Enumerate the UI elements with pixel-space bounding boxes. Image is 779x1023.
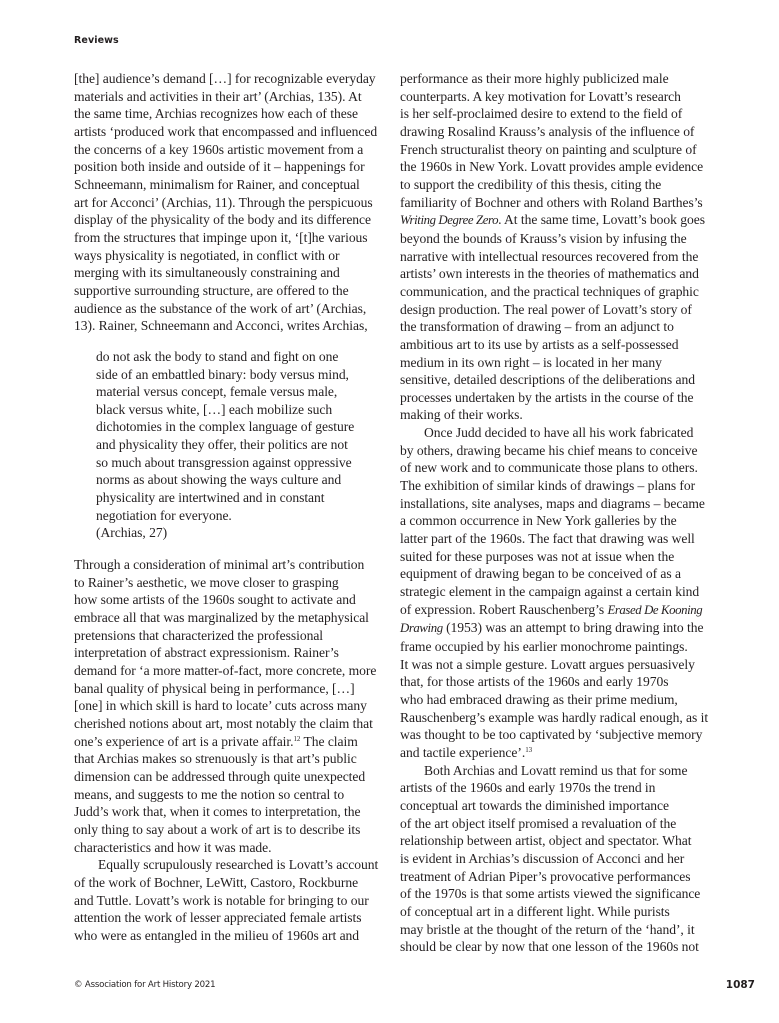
text-line: the transformation of drawing – from an …	[400, 318, 706, 336]
text-line: by others, drawing became his chief mean…	[400, 442, 706, 460]
text-line: and Tuttle. Lovatt’s work is notable for…	[74, 892, 374, 910]
text-line: communication, and the practical techniq…	[400, 283, 706, 301]
text-line: beyond the bounds of Krauss’s vision by …	[400, 230, 706, 248]
text-line: strategic element in the campaign agains…	[400, 583, 706, 601]
text-line: interpretation of abstract expressionism…	[74, 644, 374, 662]
paragraph: Equally scrupulously researched is Lovat…	[74, 856, 374, 944]
page-number: 1087	[726, 979, 755, 991]
text-span: . At the same time, Lovatt’s book goes	[498, 212, 705, 227]
text-line: Rauschenberg’s example was hardly radica…	[400, 709, 706, 727]
quote-line: and physicality they offer, their politi…	[96, 436, 374, 454]
text-line: of the art object itself promised a reva…	[400, 815, 706, 833]
text-line: may bristle at the thought of the return…	[400, 921, 706, 939]
text-line: that Archias makes so strenuously is tha…	[74, 750, 374, 768]
paragraph: Through a consideration of minimal art’s…	[74, 556, 374, 856]
paragraph: Once Judd decided to have all his work f…	[400, 424, 706, 761]
text-span: (1953) was an attempt to bring drawing i…	[443, 620, 704, 635]
text-line: of the 1970s is that some artists viewed…	[400, 885, 706, 903]
text-line: narrative with intellectual resources re…	[400, 248, 706, 266]
text-line: suited for these purposes was not at iss…	[400, 548, 706, 566]
copyright-notice: © Association for Art History 2021	[74, 980, 215, 990]
running-head: Reviews	[74, 35, 119, 46]
text-line: embrace all that was marginalized by the…	[74, 609, 374, 627]
text-line: medium in its own right – is located in …	[400, 354, 706, 372]
text-span: and tactile experience’.	[400, 745, 525, 760]
text-line: conceptual art towards the diminished im…	[400, 797, 706, 815]
paragraph: performance as their more highly publici…	[400, 70, 706, 424]
text-line: of the work of Bochner, LeWitt, Castoro,…	[74, 874, 374, 892]
text-line: is evident in Archias’s discussion of Ac…	[400, 850, 706, 868]
text-line: only thing to say about a work of art is…	[74, 821, 374, 839]
artwork-title: Erased De Kooning	[607, 603, 702, 617]
text-line: processes undertaken by the artists in t…	[400, 389, 706, 407]
text-line: Both Archias and Lovatt remind us that f…	[400, 762, 706, 780]
text-line: from the structures that impinge upon it…	[74, 229, 374, 247]
artwork-title: Drawing	[400, 621, 443, 635]
text-line: to Rainer’s aesthetic, we move closer to…	[74, 574, 374, 592]
quote-line: black versus white, […] each mobilize su…	[96, 401, 374, 419]
text-line: of conceptual art in a different light. …	[400, 903, 706, 921]
text-line: making of their works.	[400, 406, 706, 424]
text-line: is her self-proclaimed desire to extend …	[400, 105, 706, 123]
text-line: ambitious art to its use by artists as a…	[400, 336, 706, 354]
text-line: installations, site analyses, maps and d…	[400, 495, 706, 513]
text-line: position both inside and outside of it –…	[74, 158, 374, 176]
text-line: a common occurrence in New York gallerie…	[400, 512, 706, 530]
text-line: banal quality of physical being in perfo…	[74, 680, 374, 698]
text-line: The exhibition of similar kinds of drawi…	[400, 477, 706, 495]
book-title: Writing Degree Zero	[400, 213, 498, 227]
text-line: the concerns of a key 1960s artistic mov…	[74, 141, 374, 159]
text-line: that, for those artists of the 1960s and…	[400, 673, 706, 691]
text-line: ways physicality is negotiated, in confl…	[74, 247, 374, 265]
text-line: audience as the substance of the work of…	[74, 300, 374, 318]
text-line: cherished notions about art, most notabl…	[74, 715, 374, 733]
text-line: 13). Rainer, Schneemann and Acconci, wri…	[74, 317, 374, 335]
text-line: frame occupied by his earlier monochrome…	[400, 638, 706, 656]
text-line: and tactile experience’.13	[400, 744, 706, 762]
text-line: Through a consideration of minimal art’s…	[74, 556, 374, 574]
quote-line: so much about transgression against oppr…	[96, 454, 374, 472]
quote-line: negotiation for everyone.	[96, 507, 374, 525]
text-line: artists ‘produced work that encompassed …	[74, 123, 374, 141]
text-line: counterparts. A key motivation for Lovat…	[400, 88, 706, 106]
text-line: artists’ own interests in the theories o…	[400, 265, 706, 283]
text-line: should be clear by now that one lesson o…	[400, 938, 706, 956]
text-line: art for Acconci’ (Archias, 11). Through …	[74, 194, 374, 212]
text-line: familiarity of Bochner and others with R…	[400, 194, 706, 212]
text-line: Once Judd decided to have all his work f…	[400, 424, 706, 442]
text-line: treatment of Adrian Piper’s provocative …	[400, 868, 706, 886]
text-line: [one] in which skill is hard to locate’ …	[74, 697, 374, 715]
text-line: who were as entangled in the milieu of 1…	[74, 927, 374, 945]
quote-line: dichotomies in the complex language of g…	[96, 418, 374, 436]
text-span: The claim	[300, 734, 357, 749]
right-column: performance as their more highly publici…	[400, 70, 706, 956]
text-line: drawing Rosalind Krauss’s analysis of th…	[400, 123, 706, 141]
text-line: attention the work of lesser appreciated…	[74, 909, 374, 927]
text-span: one’s experience of art is a private aff…	[74, 734, 293, 749]
paragraph: Both Archias and Lovatt remind us that f…	[400, 762, 706, 956]
text-line: supportive surrounding structure, are of…	[74, 282, 374, 300]
text-line: merging with its simultaneously constrai…	[74, 264, 374, 282]
quote-line: norms as about showing the ways culture …	[96, 471, 374, 489]
quote-citation: (Archias, 27)	[96, 524, 374, 542]
left-column: [the] audience’s demand […] for recogniz…	[74, 70, 374, 945]
text-line: performance as their more highly publici…	[400, 70, 706, 88]
quote-line: side of an embattled binary: body versus…	[96, 366, 374, 384]
text-line: was thought to be too captivated by ‘sub…	[400, 726, 706, 744]
paragraph: [the] audience’s demand […] for recogniz…	[74, 70, 374, 335]
text-line: how some artists of the 1960s sought to …	[74, 591, 374, 609]
text-line: means, and suggests to me the notion so …	[74, 786, 374, 804]
text-line: sensitive, detailed descriptions of the …	[400, 371, 706, 389]
text-line: demand for ‘a more matter-of-fact, more …	[74, 662, 374, 680]
quote-line: do not ask the body to stand and fight o…	[96, 348, 374, 366]
text-line: relationship between artist, object and …	[400, 832, 706, 850]
text-line: Equally scrupulously researched is Lovat…	[74, 856, 374, 874]
text-line: Writing Degree Zero. At the same time, L…	[400, 211, 706, 230]
text-line: [the] audience’s demand […] for recogniz…	[74, 70, 374, 88]
text-line: latter part of the 1960s. The fact that …	[400, 530, 706, 548]
text-line: design production. The real power of Lov…	[400, 301, 706, 319]
text-line: who had embraced drawing as their prime …	[400, 691, 706, 709]
text-line: characteristics and how it was made.	[74, 839, 374, 857]
text-line: Schneemann, minimalism for Rainer, and c…	[74, 176, 374, 194]
text-line: Drawing (1953) was an attempt to bring d…	[400, 619, 706, 638]
text-line: dimension can be addressed through quite…	[74, 768, 374, 786]
text-line: Judd’s work that, when it comes to inter…	[74, 803, 374, 821]
text-line: materials and activities in their art’ (…	[74, 88, 374, 106]
footnote-ref-13[interactable]: 13	[525, 746, 532, 754]
text-line: pretensions that characterized the profe…	[74, 627, 374, 645]
text-line: display of the physicality of the body a…	[74, 211, 374, 229]
block-quote: do not ask the body to stand and fight o…	[74, 348, 374, 542]
text-line: to support the credibility of this thesi…	[400, 176, 706, 194]
text-line: the 1960s in New York. Lovatt provides a…	[400, 158, 706, 176]
quote-line: material versus concept, female versus m…	[96, 383, 374, 401]
text-span: of expression. Robert Rauschenberg’s	[400, 602, 607, 617]
quote-line: physicality are intertwined and in const…	[96, 489, 374, 507]
text-line: one’s experience of art is a private aff…	[74, 733, 374, 751]
text-line: equipment of drawing began to be conceiv…	[400, 565, 706, 583]
text-line: artists of the 1960s and early 1970s the…	[400, 779, 706, 797]
text-line: of expression. Robert Rauschenberg’s Era…	[400, 601, 706, 620]
text-line: It was not a simple gesture. Lovatt argu…	[400, 656, 706, 674]
text-line: the same time, Archias recognizes how ea…	[74, 105, 374, 123]
text-line: French structuralist theory on painting …	[400, 141, 706, 159]
text-line: of new work and to communicate those pla…	[400, 459, 706, 477]
